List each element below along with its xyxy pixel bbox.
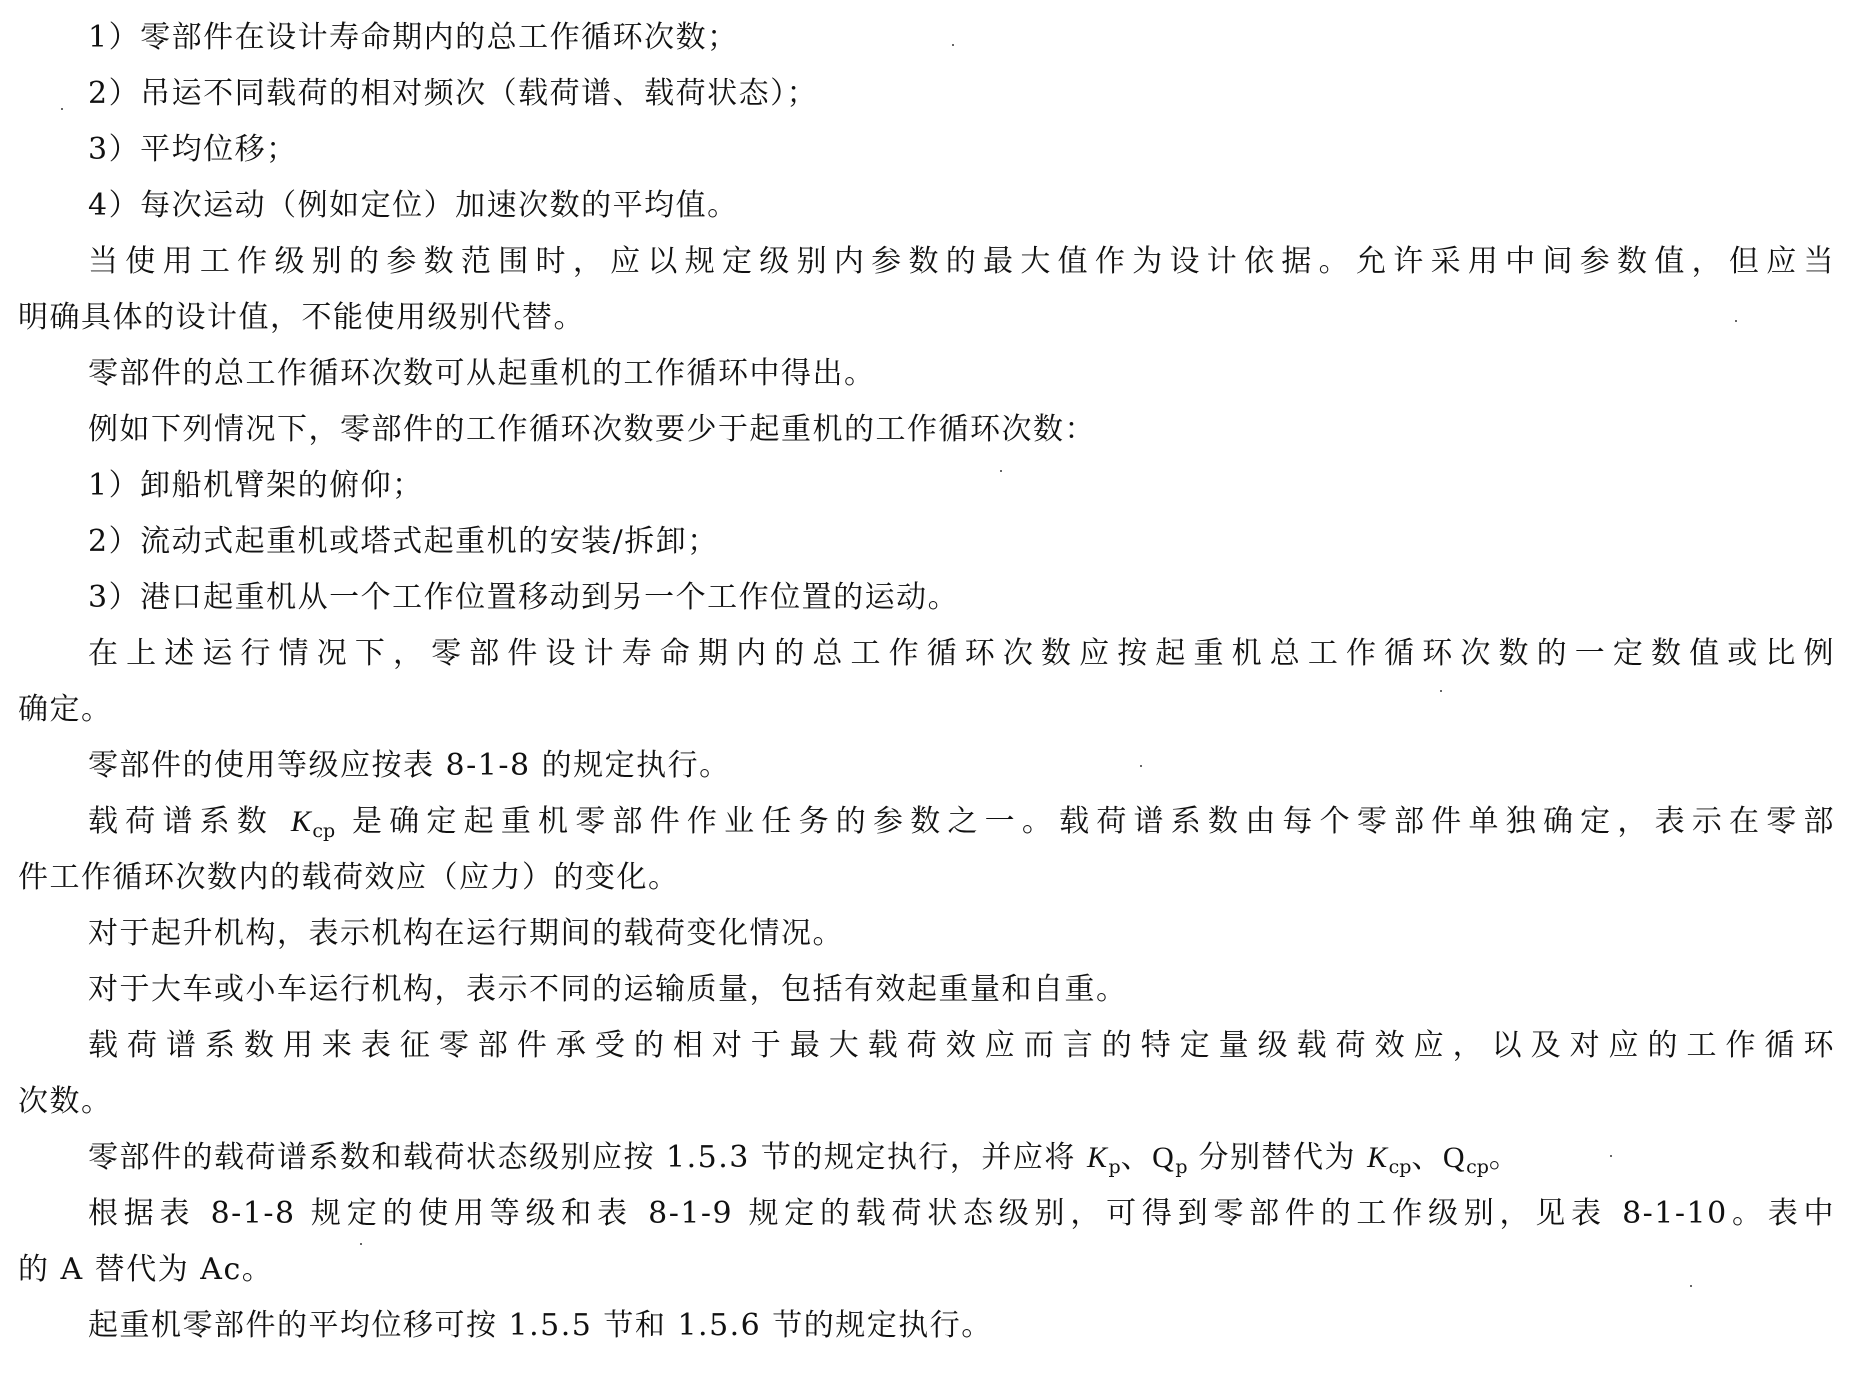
document-page: 1）零部件在设计寿命期内的总工作循环次数； 2）吊运不同载荷的相对频次（载荷谱、… — [0, 0, 1852, 1382]
paragraph-total-cycles: 零部件的总工作循环次数可从起重机的工作循环中得出。 — [88, 346, 876, 402]
text-segment: 、 — [1411, 1140, 1443, 1175]
subscript-cp: cp — [1466, 1156, 1489, 1178]
list-item-total-cycles: 1）零部件在设计寿命期内的总工作循环次数； — [88, 10, 739, 66]
symbol-k: K — [291, 805, 313, 838]
paragraph-operation-cases-line1: 在上述运行情况下，零部件设计寿命期内的总工作循环次数应按起重机总工作循环次数的一… — [88, 626, 1835, 682]
symbol-q: Q — [1443, 1141, 1466, 1174]
list-item-unloader-luffing: 1）卸船机臂架的俯仰； — [88, 458, 424, 514]
text-segment: 。 — [1489, 1140, 1521, 1175]
scan-speck — [1690, 1285, 1692, 1287]
paragraph-load-spectrum-factor-line1: 载荷谱系数 Kcp 是确定起重机零部件作业任务的参数之一。载荷谱系数由每个零部件… — [88, 794, 1835, 850]
scan-speck — [61, 108, 63, 110]
subscript-p: p — [1175, 1156, 1187, 1178]
list-item-acceleration-count: 4）每次运动（例如定位）加速次数的平均值。 — [88, 178, 739, 234]
scan-speck — [1000, 470, 1002, 472]
paragraph-parameter-range-line1: 当使用工作级别的参数范围时，应以规定级别内参数的最大值作为设计依据。允许采用中间… — [88, 234, 1835, 290]
paragraph-work-class-line1: 根据表 8-1-8 规定的使用等级和表 8-1-9 规定的载荷状态级别，可得到零… — [88, 1186, 1835, 1242]
scan-speck — [952, 44, 954, 46]
paragraph-travel-mechanism: 对于大车或小车运行机构，表示不同的运输质量，包括有效起重量和自重。 — [88, 962, 1128, 1018]
paragraph-average-displacement: 起重机零部件的平均位移可按 1.5.5 节和 1.5.6 节的规定执行。 — [88, 1298, 993, 1354]
scan-speck — [1440, 690, 1442, 692]
paragraph-operation-cases-line2: 确定。 — [18, 682, 113, 738]
text-segment: 载荷谱系数 — [88, 804, 291, 839]
list-item-port-crane-relocation: 3）港口起重机从一个工作位置移动到另一个工作位置的运动。 — [88, 570, 959, 626]
paragraph-spectrum-characterization-line2: 次数。 — [18, 1074, 113, 1130]
text-segment: 、 — [1121, 1140, 1153, 1175]
text-segment: 分别替代为 — [1187, 1140, 1367, 1175]
symbol-k: K — [1087, 1141, 1109, 1174]
scan-speck — [1610, 1155, 1612, 1157]
scan-speck — [1735, 320, 1737, 322]
list-item-mobile-crane-install: 2）流动式起重机或塔式起重机的安装/拆卸； — [88, 514, 719, 570]
symbol-q: Q — [1152, 1141, 1175, 1174]
list-item-load-frequency: 2）吊运不同载荷的相对频次（载荷谱、载荷状态）； — [88, 66, 818, 122]
scan-speck — [360, 1243, 362, 1245]
paragraph-load-spectrum-factor-line2: 件工作循环次数内的载荷效应（应力）的变化。 — [18, 850, 680, 906]
paragraph-work-class-line2: 的 A 替代为 Ac。 — [18, 1242, 273, 1298]
list-item-average-displacement: 3）平均位移； — [88, 122, 298, 178]
subscript-cp: cp — [312, 820, 335, 842]
subscript-cp: cp — [1389, 1156, 1412, 1178]
paragraph-usage-class: 零部件的使用等级应按表 8-1-8 的规定执行。 — [88, 738, 731, 794]
paragraph-substitution-rule: 零部件的载荷谱系数和载荷状态级别应按 1.5.3 节的规定执行，并应将 Kp、Q… — [88, 1130, 1520, 1186]
paragraph-parameter-range-line2: 明确具体的设计值，不能使用级别代替。 — [18, 290, 585, 346]
subscript-p: p — [1108, 1156, 1120, 1178]
scan-speck — [1140, 765, 1142, 767]
symbol-k: K — [1367, 1141, 1389, 1174]
paragraph-example-intro: 例如下列情况下，零部件的工作循环次数要少于起重机的工作循环次数： — [88, 402, 1096, 458]
paragraph-hoisting-mechanism: 对于起升机构，表示机构在运行期间的载荷变化情况。 — [88, 906, 844, 962]
text-segment: 是确定起重机零部件作业任务的参数之一。载荷谱系数由每个零部件单独确定，表示在零部 — [335, 804, 1835, 839]
paragraph-spectrum-characterization-line1: 载荷谱系数用来表征零部件承受的相对于最大载荷效应而言的特定量级载荷效应，以及对应… — [88, 1018, 1835, 1074]
text-segment: 零部件的载荷谱系数和载荷状态级别应按 1.5.3 节的规定执行，并应将 — [88, 1140, 1087, 1175]
